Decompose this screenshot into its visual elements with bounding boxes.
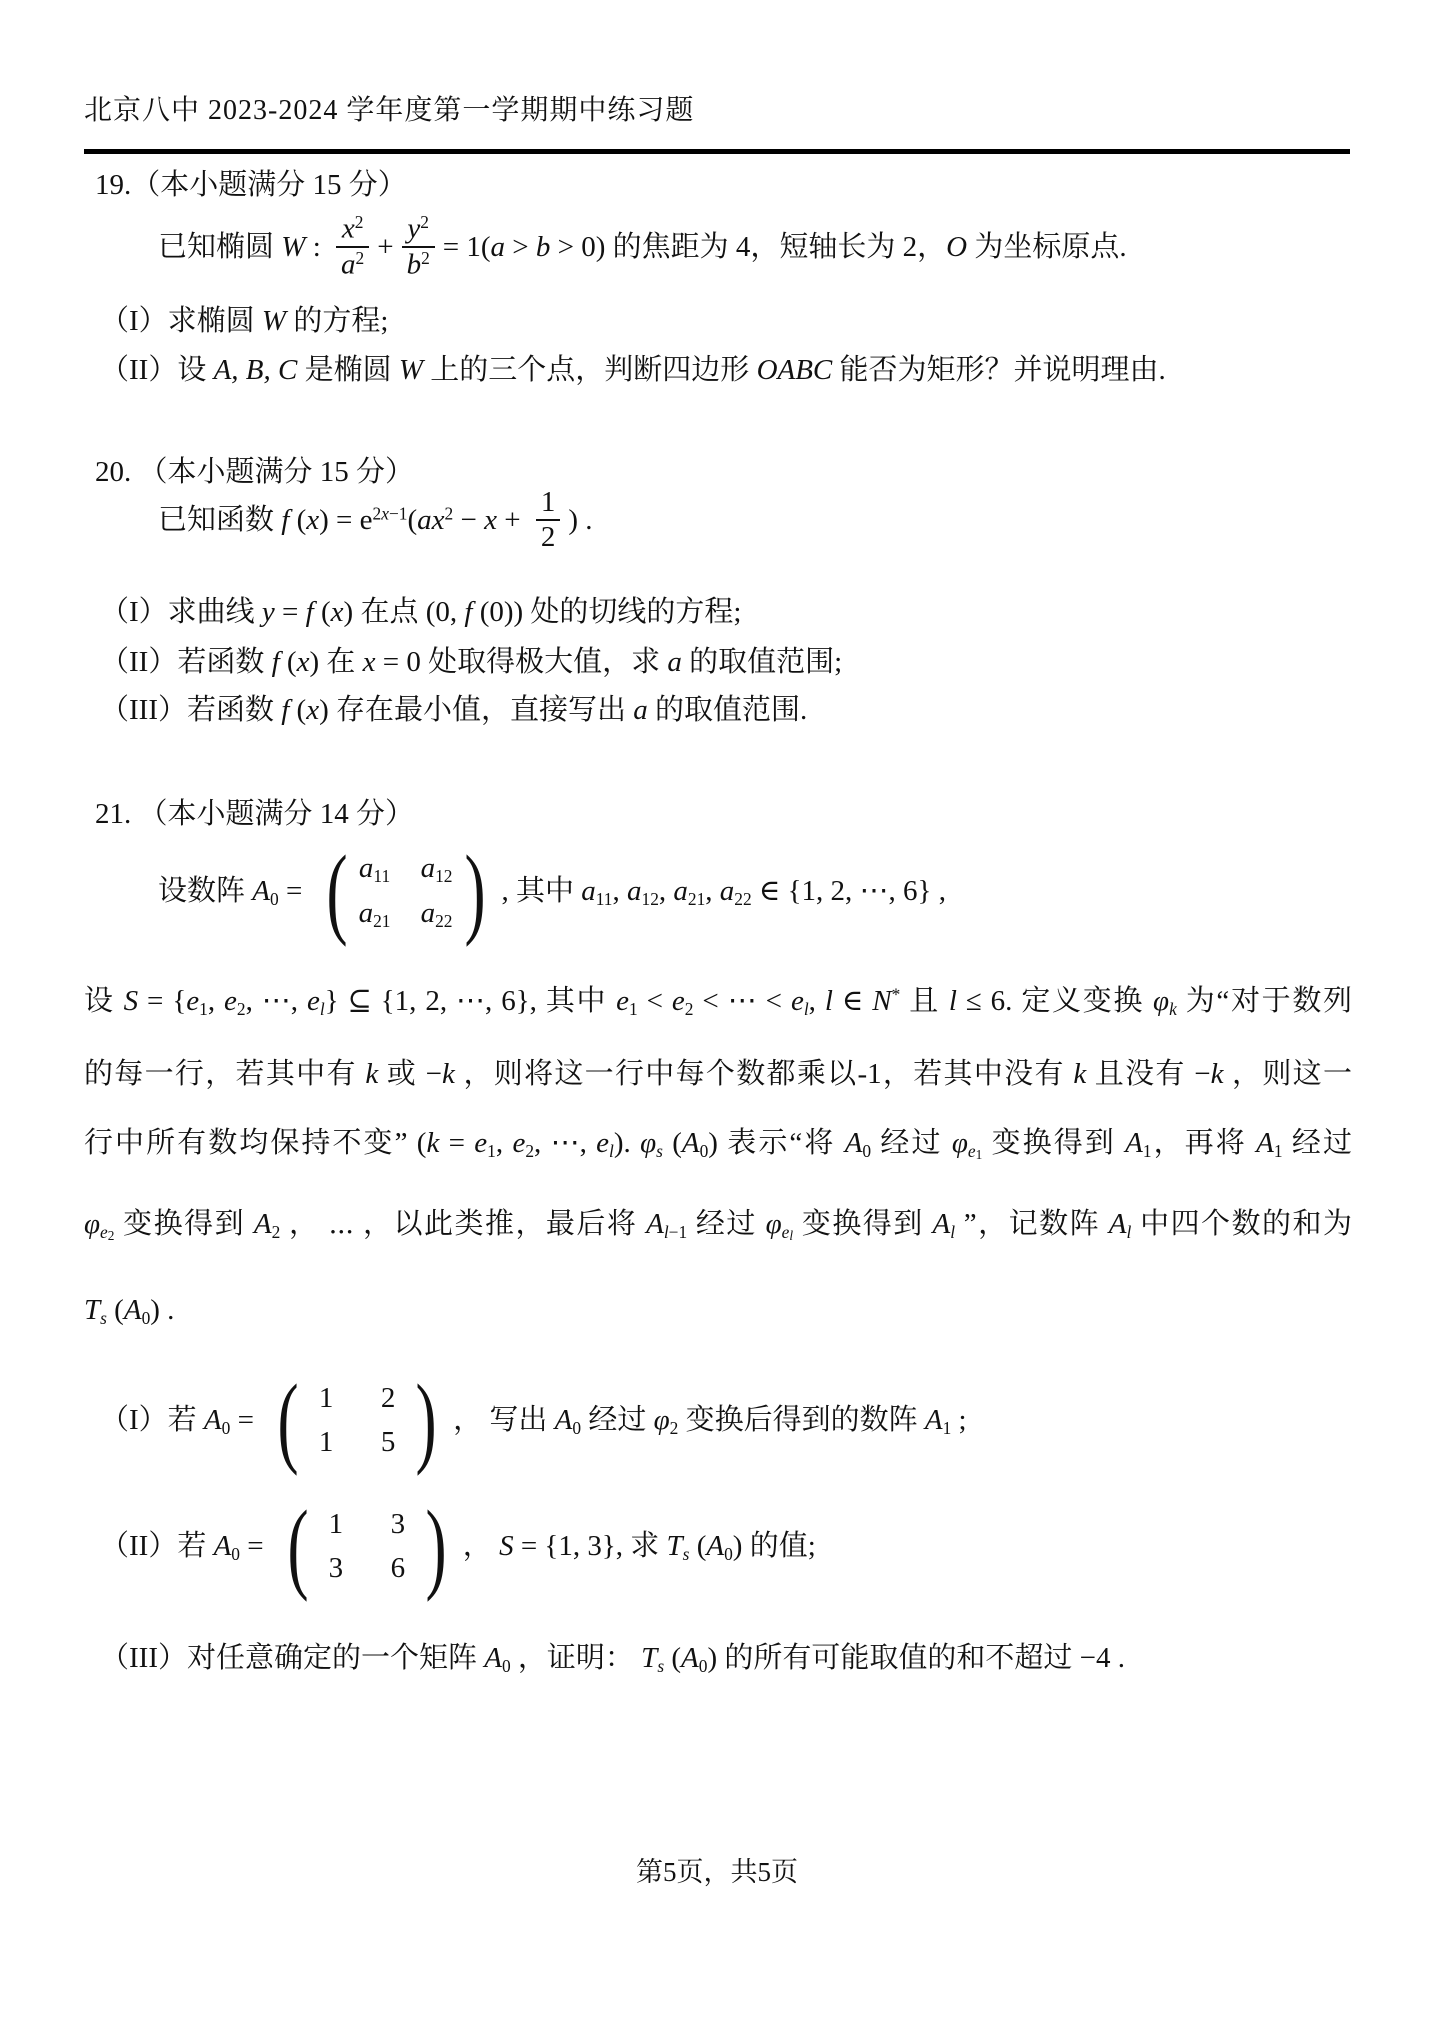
q21-heading: 21. （本小题满分 14 分） [95, 796, 414, 832]
q21-part2-line: （II）若 A0 = ( 1 3 3 6 ) ， S = {1, 3}, 求 T… [100, 1500, 816, 1594]
q20-part1: （I）求曲线 y = f (x) 在点 (0, f (0)) 处的切线的方程; [100, 594, 741, 630]
plus-sign: + [377, 229, 393, 265]
q21-paragraph-line2: 的每一行，若其中有 k 或 −k ，则将这一行中每个数都乘以-1，若其中没有 k… [84, 1056, 1352, 1092]
q19-heading: 19.（本小题满分 15 分） [95, 167, 407, 203]
matrix-1-2-1-5: ( 1 2 1 5 ) [271, 1374, 443, 1468]
q21-paragraph-line1: 设 S = {e1, e2, ⋯, el} ⊆ {1, 2, ⋯, 6}, 其中… [84, 983, 1352, 1021]
left-paren: ( [278, 1374, 299, 1468]
q21-part3: （III）对任意确定的一个矩阵 A0 ，证明： Ts (A0) 的所有可能取值的… [100, 1640, 1125, 1678]
q21-paragraph-line3: 行中所有数均保持不变” (k = e1, e2, ⋯, el). φs (A0)… [84, 1125, 1352, 1164]
q21-intro-line: 设数阵 A0 = ( a11 a12 a21 a22 ) , 其中 a11, a… [158, 845, 946, 939]
header-rule [84, 149, 1350, 154]
q20-intro-line: 已知函数 f (x) = e2x−1(ax2 − x + 1 2 ) . [158, 486, 592, 555]
matrix-1-3-3-6: ( 1 3 3 6 ) [281, 1500, 453, 1594]
q21-part1-pre: （I）若 A0 = [100, 1402, 261, 1440]
matrix-a0-general: ( a11 a12 a21 a22 ) [320, 845, 492, 939]
q20-heading: 20. （本小题满分 15 分） [95, 454, 414, 490]
q21-paragraph-line4: φe2 变换得到 A2 ， ⋯ ，以此类推，最后将 Al−1 经过 φel 变换… [84, 1206, 1352, 1245]
q20-intro-post: ) . [568, 502, 592, 538]
q20-intro-pre: 已知函数 f (x) = e2x−1(ax2 − x + [158, 502, 528, 538]
q19-part2: （II）设 A, B, C 是椭圆 W 上的三个点，判断四边形 OABC 能否为… [100, 352, 1166, 388]
right-paren: ) [425, 1500, 446, 1594]
left-paren: ( [326, 845, 347, 939]
q20-part2: （II）若函数 f (x) 在 x = 0 处取得极大值，求 a 的取值范围; [100, 644, 842, 680]
page-number-footer: 第5页，共5页 [0, 1856, 1434, 1890]
exam-page: 北京八中 2023-2024 学年度第一学期期中练习题 19.（本小题满分 15… [0, 0, 1434, 2024]
q21-part1-line: （I）若 A0 = ( 1 2 1 5 ) ， 写出 A0 经过 φ2 变换后得… [100, 1374, 967, 1468]
fraction-x2-a2: x2 a2 [336, 212, 369, 282]
right-paren: ) [416, 1374, 437, 1468]
q21-part2-pre: （II）若 A0 = [100, 1528, 271, 1566]
q20-part3: （III）若函数 f (x) 存在最小值，直接写出 a 的取值范围. [100, 692, 807, 728]
fraction-y2-b2: y2 b2 [402, 212, 435, 282]
fraction-1-2: 1 2 [536, 486, 561, 555]
left-paren: ( [287, 1500, 308, 1594]
q21-paragraph-line5: Ts (A0) . [84, 1292, 174, 1330]
q21-part2-post: ， S = {1, 3}, 求 Ts (A0) 的值; [463, 1528, 816, 1566]
q21-intro-pre: 设数阵 A0 = [158, 873, 310, 911]
page-header-title: 北京八中 2023-2024 学年度第一学期期中练习题 [84, 93, 694, 128]
q19-intro-line: 已知椭圆 W : x2 a2 + y2 b2 = 1(a > b > 0) 的焦… [158, 212, 1127, 282]
q21-intro-post: , 其中 a11, a12, a21, a22 ∈ {1, 2, ⋯, 6} , [501, 873, 946, 911]
q21-part1-post: ， 写出 A0 经过 φ2 变换后得到的数阵 A1 ; [453, 1402, 966, 1440]
q19-intro-post: = 1(a > b > 0) 的焦距为 4，短轴长为 2，O 为坐标原点. [443, 229, 1127, 265]
right-paren: ) [464, 845, 485, 939]
q19-part1: （I）求椭圆 W 的方程; [100, 303, 388, 339]
q19-intro-pre: 已知椭圆 W : [158, 229, 328, 265]
